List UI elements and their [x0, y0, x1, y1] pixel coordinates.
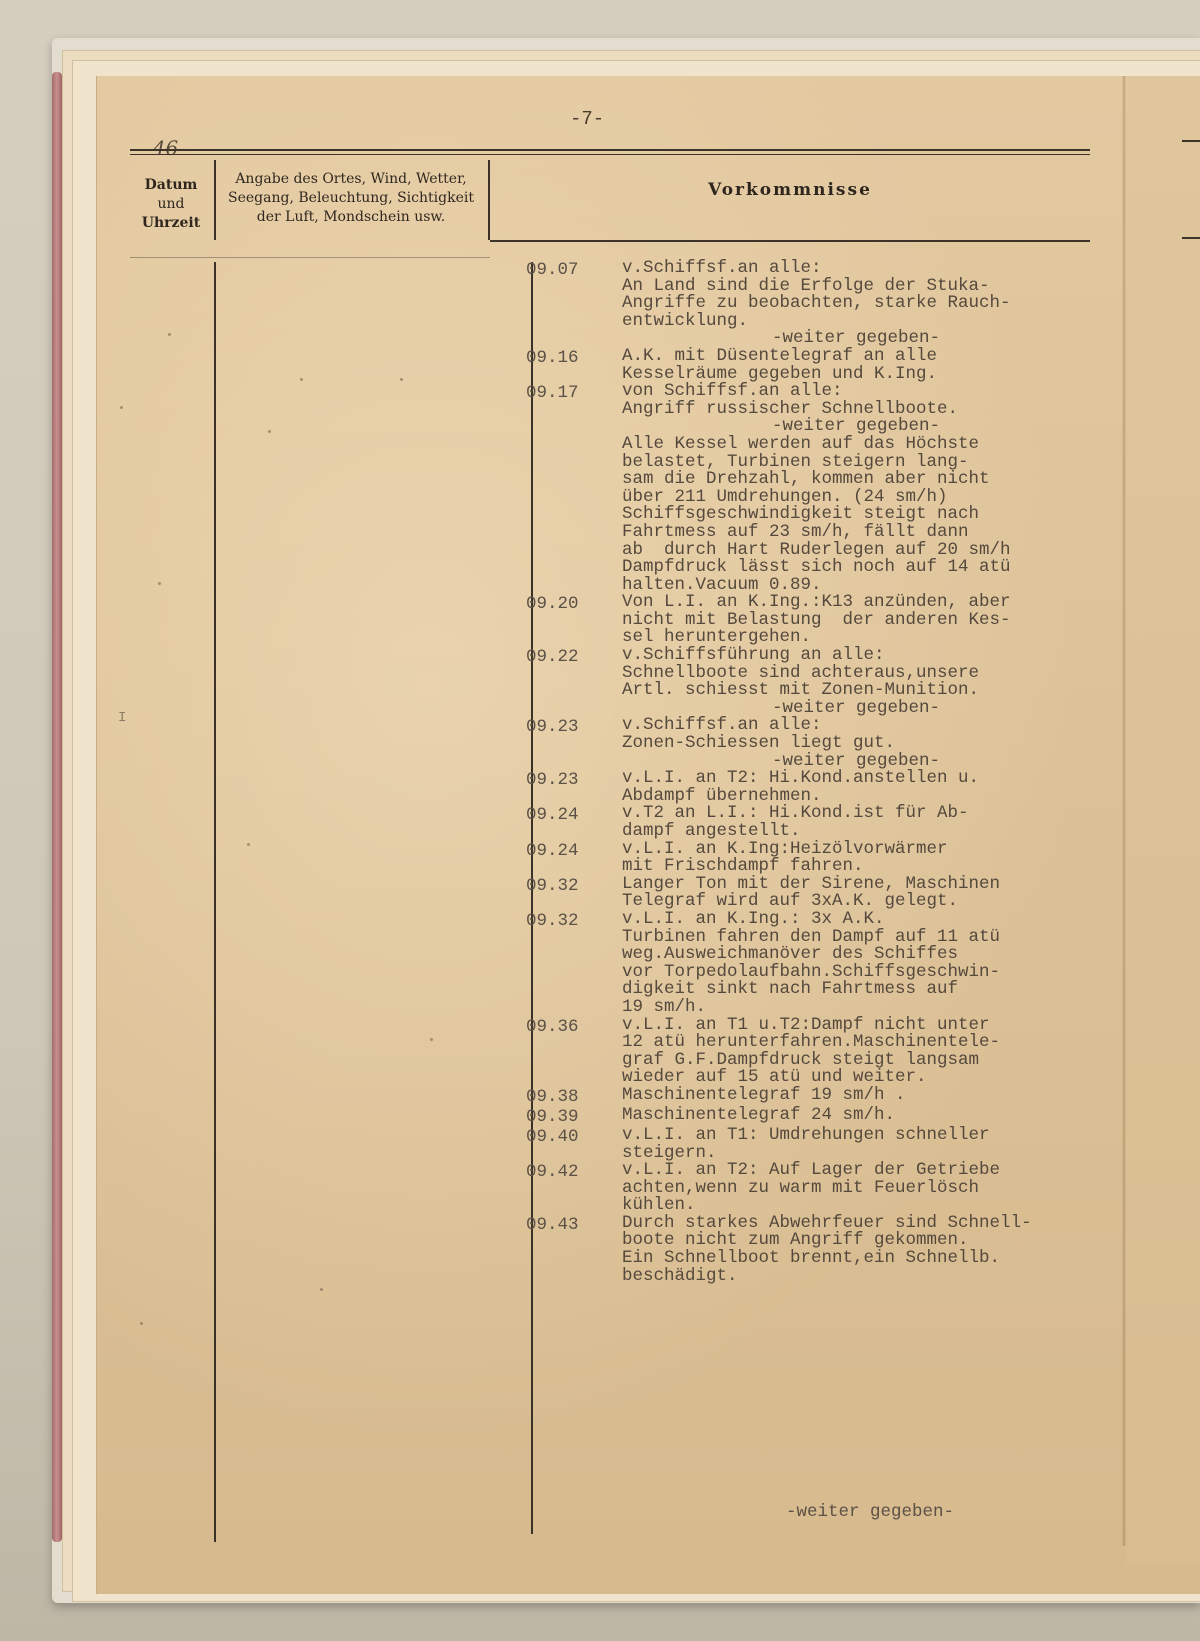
printed-page-number: -7- — [570, 108, 604, 130]
paper-speck — [168, 333, 171, 336]
entry-line: Fahrtmess auf 23 sm/h, fällt dann — [622, 524, 1120, 542]
header-angabe: Angabe des Ortes, Wind, Wetter, Seegang,… — [216, 170, 486, 227]
paper-speck — [300, 378, 303, 381]
entry-time: 09.42 — [520, 1162, 622, 1215]
continuation-note: -weiter gegeben- — [786, 1502, 954, 1522]
log-entry: 09.39Maschinentelegraf 24 sm/h. — [520, 1107, 1120, 1127]
entry-text: v.L.I. an T1: Umdrehungen schnellersteig… — [622, 1127, 1120, 1162]
log-entry: 09.32Langer Ton mit der Sirene, Maschine… — [520, 876, 1120, 911]
entry-line: v.L.I. an T1: Umdrehungen schneller — [622, 1127, 1120, 1145]
entry-text: Maschinentelegraf 24 sm/h. — [622, 1107, 1120, 1127]
log-entry: 09.42v.L.I. an T2: Auf Lager der Getrieb… — [520, 1162, 1120, 1215]
handwritten-page-number: -46- — [146, 136, 185, 160]
book-spine — [52, 72, 62, 1542]
entry-text: v.Schiffsf.an alle:Zonen-Schiessen liegt… — [622, 717, 1120, 770]
entry-line: dampf angestellt. — [622, 823, 1120, 841]
entry-text: v.Schiffsf.an alle:An Land sind die Erfo… — [622, 260, 1120, 348]
paper-speck — [400, 378, 403, 381]
paper-speck — [320, 1288, 323, 1291]
log-entry: 09.40v.L.I. an T1: Umdrehungen schneller… — [520, 1127, 1120, 1162]
entry-text: Maschinentelegraf 19 sm/h . — [622, 1087, 1120, 1107]
header-datum-line: Datum — [130, 176, 212, 195]
facing-page-rule — [1182, 140, 1200, 142]
entry-time: 09.43 — [520, 1215, 622, 1285]
entry-text: Langer Ton mit der Sirene, MaschinenTele… — [622, 876, 1120, 911]
entry-time: 09.32 — [520, 911, 622, 1017]
entry-time: 09.16 — [520, 348, 622, 383]
entry-time: 09.23 — [520, 717, 622, 770]
entry-line: Maschinentelegraf 24 sm/h. — [622, 1107, 1120, 1125]
entry-text: v.L.I. an K.Ing:Heizölvorwärmermit Frisc… — [622, 841, 1120, 876]
header-rule-bottom-left — [130, 257, 490, 258]
entry-text: v.L.I. an T2: Auf Lager der Getriebeacht… — [622, 1162, 1120, 1215]
entry-line: A.K. mit Düsentelegraf an alle — [622, 348, 1120, 366]
entry-time: 09.38 — [520, 1087, 622, 1107]
facing-page-rule-2 — [1182, 237, 1200, 239]
header-vorkommnisse: Vorkommnisse — [490, 180, 1090, 200]
margin-mark: I — [118, 710, 126, 726]
entry-text: A.K. mit Düsentelegraf an alleKesselräum… — [622, 348, 1120, 383]
entry-time: 09.22 — [520, 647, 622, 717]
entry-line: Zonen-Schiessen liegt gut. — [622, 735, 1120, 753]
entry-text: Von L.I. an K.Ing.:K13 anzünden, abernic… — [622, 594, 1120, 647]
entry-text: Durch starkes Abwehrfeuer sind Schnell-b… — [622, 1215, 1120, 1285]
entry-line: 19 sm/h. — [622, 999, 1120, 1017]
paper-speck — [268, 430, 271, 433]
paper-speck — [247, 843, 250, 846]
entry-text: v.L.I. an K.Ing.: 3x A.K.Turbinen fahren… — [622, 911, 1120, 1017]
entry-text: v.Schiffsführung an alle:Schnellboote si… — [622, 647, 1120, 717]
entry-time: 09.40 — [520, 1127, 622, 1162]
column-divider-1 — [214, 160, 216, 240]
log-entry: 09.20Von L.I. an K.Ing.:K13 anzünden, ab… — [520, 594, 1120, 647]
entry-time: 09.20 — [520, 594, 622, 647]
entry-text: v.T2 an L.I.: Hi.Kond.ist für Ab-dampf a… — [622, 805, 1120, 840]
header-angabe-line: der Luft, Mondschein usw. — [216, 208, 486, 227]
facing-page-edge — [1126, 76, 1200, 1566]
entry-time: 09.24 — [520, 805, 622, 840]
log-entry: 09.24v.L.I. an K.Ing:Heizölvorwärmermit … — [520, 841, 1120, 876]
column-divider-2 — [488, 160, 490, 240]
paper-speck — [430, 1038, 433, 1041]
log-entry: 09.32v.L.I. an K.Ing.: 3x A.K.Turbinen f… — [520, 911, 1120, 1017]
entry-time: 09.17 — [520, 383, 622, 594]
header-angabe-line: Angabe des Ortes, Wind, Wetter, — [216, 170, 486, 189]
header-rule-bottom — [490, 240, 1090, 242]
entry-time: 09.36 — [520, 1017, 622, 1087]
log-entry: 09.23v.Schiffsf.an alle:Zonen-Schiessen … — [520, 717, 1120, 770]
log-entry: 09.07v.Schiffsf.an alle:An Land sind die… — [520, 260, 1120, 348]
log-entry: 09.43Durch starkes Abwehrfeuer sind Schn… — [520, 1215, 1120, 1285]
log-entries: 09.07v.Schiffsf.an alle:An Land sind die… — [520, 260, 1120, 1285]
entry-time: 09.23 — [520, 770, 622, 805]
entry-time: 09.32 — [520, 876, 622, 911]
entry-text: v.L.I. an T1 u.T2:Dampf nicht unter12 at… — [622, 1017, 1120, 1087]
header-datum-line: und — [130, 195, 212, 214]
paper-speck — [140, 1322, 143, 1325]
log-entry: 09.16A.K. mit Düsentelegraf an alleKesse… — [520, 348, 1120, 383]
header-angabe-line: Seegang, Beleuchtung, Sichtigkeit — [216, 189, 486, 208]
header-rule-top-2 — [130, 154, 1090, 155]
entry-line: achten,wenn zu warm mit Feuerlösch — [622, 1180, 1120, 1198]
entry-text: von Schiffsf.an alle:Angriff russischer … — [622, 383, 1120, 594]
entry-line: v.Schiffsf.an alle: — [622, 260, 1120, 278]
column-divider-1-body — [214, 262, 216, 1542]
page-gutter — [1122, 76, 1126, 1546]
header-datum-line: Uhrzeit — [130, 214, 212, 233]
entry-line: Maschinentelegraf 19 sm/h . — [622, 1087, 1120, 1105]
log-entry: 09.24v.T2 an L.I.: Hi.Kond.ist für Ab-da… — [520, 805, 1120, 840]
log-entry: 09.17von Schiffsf.an alle:Angriff russis… — [520, 383, 1120, 594]
entry-line: Alle Kessel werden auf das Höchste — [622, 436, 1120, 454]
log-entry: 09.38Maschinentelegraf 19 sm/h . — [520, 1087, 1120, 1107]
header-datum: Datum und Uhrzeit — [130, 176, 212, 233]
entry-line: v.L.I. an K.Ing.: 3x A.K. — [622, 911, 1120, 929]
entry-line: beschädigt. — [622, 1268, 1120, 1286]
paper-speck — [158, 582, 161, 585]
log-entry: 09.22v.Schiffsführung an alle:Schnellboo… — [520, 647, 1120, 717]
log-entry: 09.23v.L.I. an T2: Hi.Kond.anstellen u.A… — [520, 770, 1120, 805]
entry-time: 09.24 — [520, 841, 622, 876]
entry-text: v.L.I. an T2: Hi.Kond.anstellen u.Abdamp… — [622, 770, 1120, 805]
entry-time: 09.07 — [520, 260, 622, 348]
entry-time: 09.39 — [520, 1107, 622, 1127]
log-entry: 09.36v.L.I. an T1 u.T2:Dampf nicht unter… — [520, 1017, 1120, 1087]
header-rule-top — [130, 149, 1090, 151]
paper-speck — [120, 406, 123, 409]
